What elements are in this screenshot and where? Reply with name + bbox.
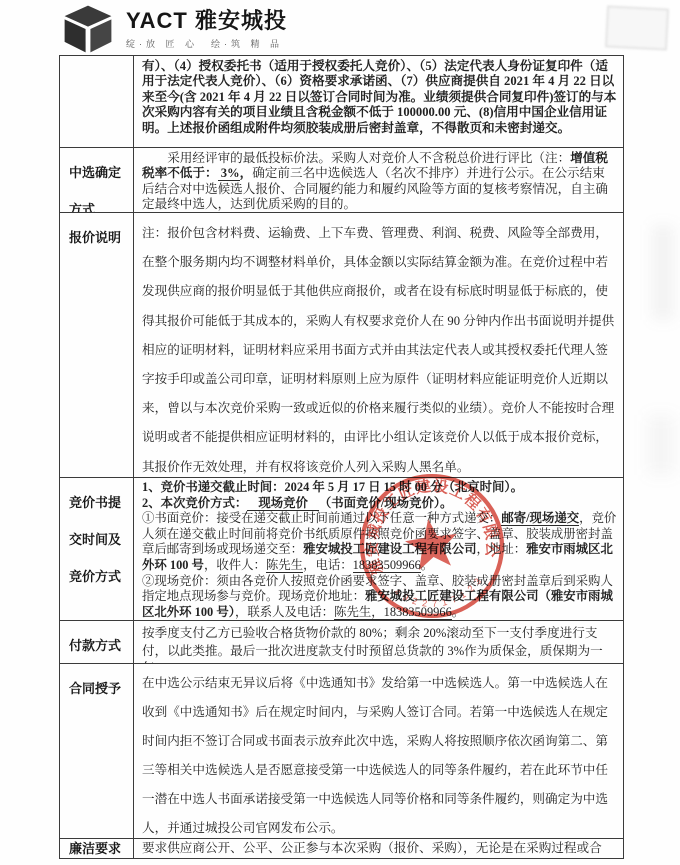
- integrity-requirements-text: 要求供应商公开、公平、公正参与本次采购（报价、采购），无论是在采购过程或合: [134, 839, 623, 858]
- logo-cube-icon: [62, 4, 114, 54]
- table-row-quotation-notes: 报价说明 注：报价包含材料费、运输费、上下车费、管理费、利润、税费、风险等全部费…: [60, 212, 623, 477]
- row-label-payment-terms: 付款方式: [60, 621, 134, 663]
- quotation-notes-text: 注：报价包含材料费、运输费、上下车费、管理费、利润、税费、风险等全部费用，在整个…: [134, 213, 623, 477]
- delivery-methods: 邮寄/现场递交: [501, 511, 579, 526]
- text-segment: ，电话：: [303, 558, 353, 572]
- text-segment: 。: [452, 605, 464, 619]
- text-segment: ①书面竞价：接受在递交截止时间前通过以下任意一种方式递交：: [142, 511, 501, 525]
- bid-submission-text: 1、竞价书递交截止时间：2024 年 5 月 17 日 15 时 00 分（北京…: [134, 478, 623, 620]
- scanned-document-page: YACT 雅安城投 绽·放 匠 心 绘·筑 精 品 有）、（4）授权委托书（适用…: [0, 0, 680, 865]
- table-row-payment-terms: 付款方式 按季度支付乙方已验收合格货物价款的 80%；剩余 20%滚动至下一支付…: [60, 620, 623, 663]
- procurement-notice-table: 有）、（4）授权委托书（适用于授权委托人竞价）、（5）法定代表人身份证复印件（适…: [59, 55, 624, 859]
- table-row-attachments-continued: 有）、（4）授权委托书（适用于授权委托人竞价）、（5）法定代表人身份证复印件（适…: [60, 56, 623, 147]
- text-segment: ，联系人及电话：: [235, 605, 334, 619]
- text-segment: 2、本次竞价方式：: [142, 496, 247, 510]
- text-segment: 。: [421, 558, 433, 572]
- text-segment: ，: [240, 166, 253, 180]
- scan-smudge: [605, 5, 669, 50]
- scan-smudge: [652, 225, 674, 320]
- row-label-empty: [60, 56, 134, 147]
- table-row-integrity-requirements: 廉洁要求 要求供应商公开、公平、公正参与本次采购（报价、采购），无论是在采购过程…: [60, 838, 623, 858]
- contact-and-phone: 陈先生，18383509966: [334, 605, 452, 620]
- vat-rate-value: 3%: [218, 166, 240, 181]
- company-name: 雅安城投工匠建设工程有限公司: [303, 542, 476, 556]
- logo-title: YACT 雅安城投: [126, 9, 287, 33]
- row-label-selection-method: 中选确定方式: [60, 148, 134, 212]
- contract-award-text: 在中选公示结束无异议后将《中选通知书》发给第一中选候选人。第一中选候选人在收到《…: [134, 664, 623, 838]
- bid-deadline-line: 1、竞价书递交截止时间：2024 年 5 月 17 日 15 时 00 分（北京…: [142, 480, 617, 496]
- text-segment: ，收件人：: [204, 558, 266, 572]
- written-bid-paragraph: ①书面竞价：接受在递交截止时间前通过以下任意一种方式递交：邮寄/现场递交，竞价人…: [142, 511, 617, 573]
- logo-text-block: YACT 雅安城投 绽·放 匠 心 绘·筑 精 品: [126, 9, 287, 50]
- row-label-bid-submission: 竞价书提交时间及竞价方式: [60, 478, 134, 620]
- logo-tagline: 绽·放 匠 心 绘·筑 精 品: [126, 37, 287, 50]
- company-logo: YACT 雅安城投 绽·放 匠 心 绘·筑 精 品: [62, 4, 287, 54]
- bid-method-line: 2、本次竞价方式：现场竞价（书面竞价/现场竞价）。: [142, 496, 617, 512]
- table-row-contract-award: 合同授予 在中选公示结束无异议后将《中选通知书》发给第一中选候选人。第一中选候选…: [60, 663, 623, 838]
- text-segment: ，地址：: [477, 542, 527, 556]
- selection-method-text: 采用经评审的最低投标价法。采购人对竞价人不含税总价进行评比（注：增值税税率不低于…: [134, 148, 623, 212]
- payment-terms-text: 按季度支付乙方已验收合格货物价款的 80%；剩余 20%滚动至下一支付季度进行支…: [134, 621, 623, 663]
- bid-method-value: 现场竞价: [247, 496, 319, 511]
- scan-smudge: [648, 415, 674, 475]
- table-row-selection-method: 中选确定方式 采用经评审的最低投标价法。采购人对竞价人不含税总价进行评比（注：增…: [60, 147, 623, 212]
- contact-person: 陈先生: [266, 558, 303, 573]
- attachments-continued-text: 有）、（4）授权委托书（适用于授权委托人竞价）、（5）法定代表人身份证复印件（适…: [134, 56, 623, 147]
- row-label-quotation-notes: 报价说明: [60, 213, 134, 477]
- table-row-bid-submission: 竞价书提交时间及竞价方式 1、竞价书递交截止时间：2024 年 5 月 17 日…: [60, 477, 623, 620]
- text-segment: 采用经评审的最低投标价法。采购人对竞价人不含税总价进行评比（注：: [142, 151, 570, 165]
- row-label-contract-award: 合同授予: [60, 664, 134, 838]
- phone-number: 18383509966: [353, 558, 421, 573]
- onsite-bid-paragraph: ②现场竞价：须由各竞价人按照竞价函要求签字、盖章、胶装成册密封盖章后到采购人指定…: [142, 574, 617, 620]
- text-segment: （书面竞价/现场竞价）。: [319, 496, 453, 510]
- row-label-integrity: 廉洁要求: [60, 839, 134, 858]
